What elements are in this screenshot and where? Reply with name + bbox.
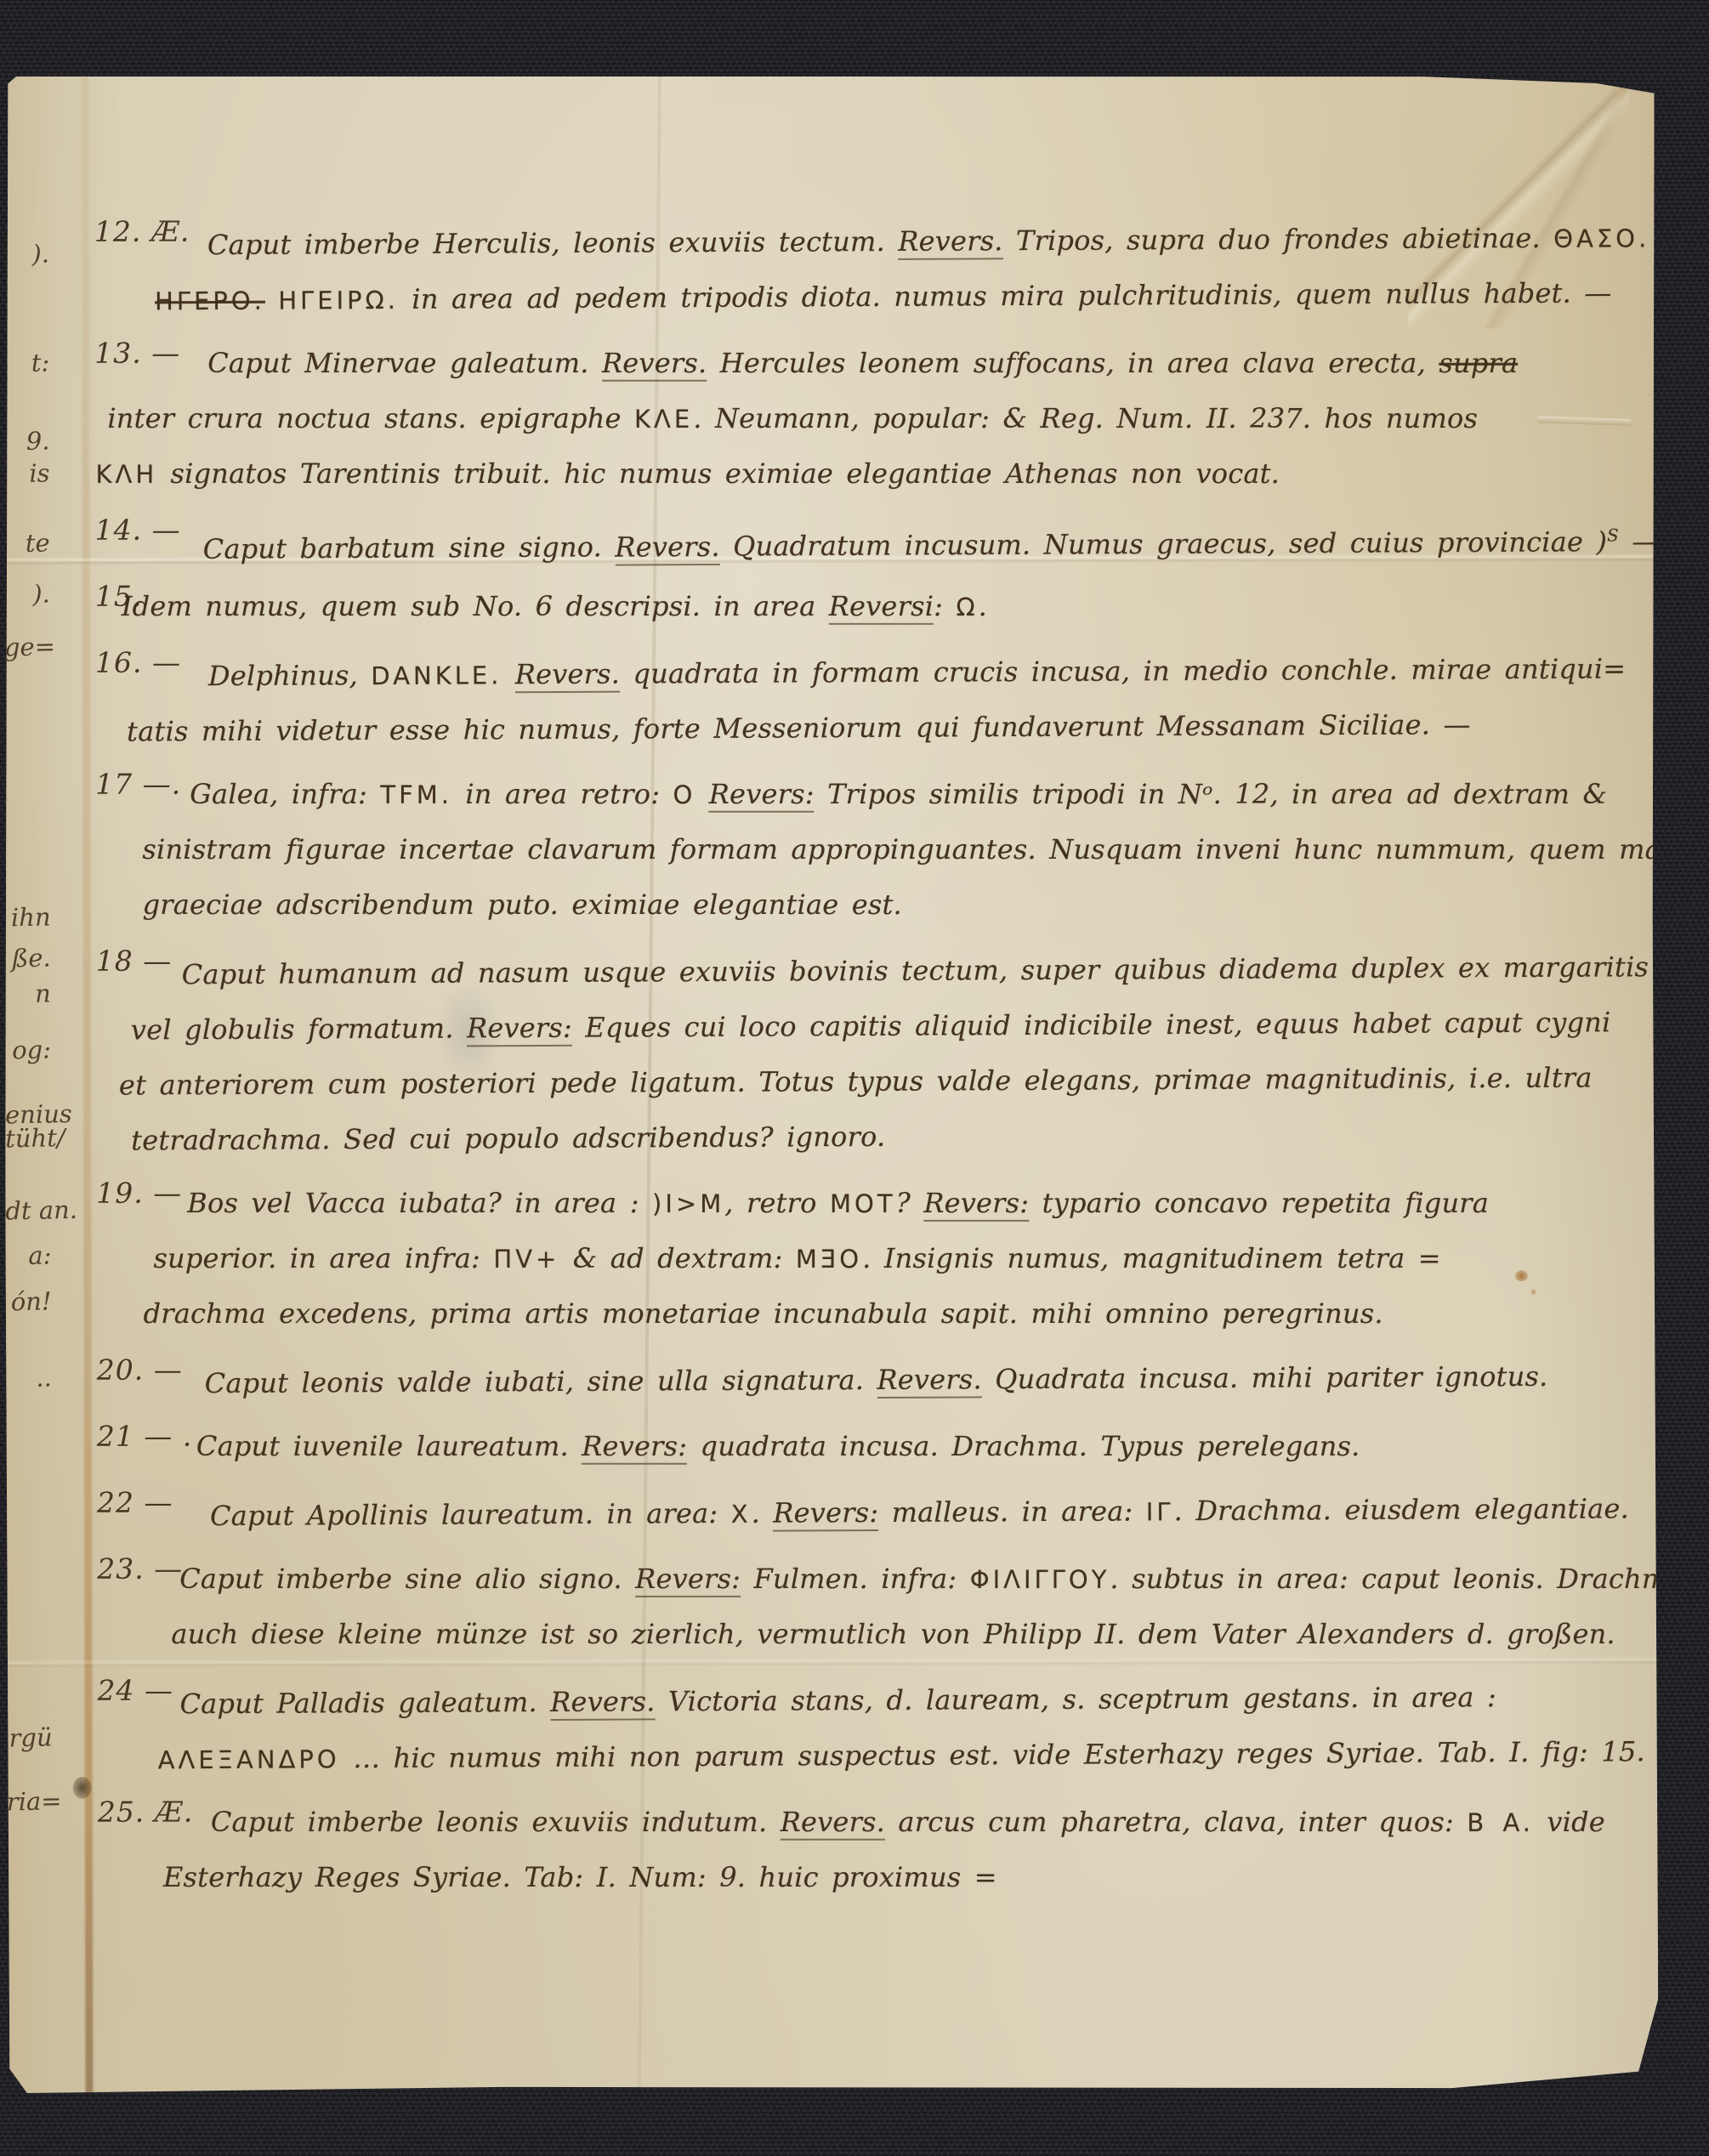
manuscript-line: Caput barbatum sine signo. Revers. Quadr… bbox=[203, 511, 1625, 574]
handwritten-text: . Insignis numus, magnitudinem tetra = bbox=[862, 1242, 1441, 1274]
manuscript-line: Bos vel Vacca iubata? in area : )I>M, re… bbox=[187, 1178, 1626, 1234]
handwritten-text: Quadrata incusa. mihi pariter ignotus. bbox=[982, 1360, 1548, 1395]
inscription-text: ΦΙΛΙΓΓΟΥ bbox=[970, 1565, 1110, 1594]
catalog-entry-13: 13. —Caput Minervae galeatum. Revers. He… bbox=[207, 337, 1624, 505]
inscription-text: X bbox=[731, 1500, 752, 1529]
inscription-text: MƎO bbox=[796, 1245, 862, 1274]
handwritten-text: … hic numus mihi non parum suspectus est… bbox=[340, 1735, 1645, 1774]
manuscript-line: Caput humanum ad nasum usque exuviis bov… bbox=[182, 942, 1626, 1005]
margin-fragment: n bbox=[4, 979, 51, 1008]
inscription-text: Ω bbox=[956, 593, 978, 621]
handwritten-text: Caput imberbe leonis exuviis indutum. bbox=[211, 1806, 781, 1838]
inscription-text: MOT bbox=[830, 1189, 896, 1218]
handwritten-text: . bbox=[751, 1497, 773, 1529]
handwritten-text: Caput imberbe sine alio signo. bbox=[179, 1563, 635, 1595]
handwritten-text: Revers. bbox=[615, 530, 720, 566]
catalog-entry-12: 12. Æ.Caput imberbe Herculis, leonis exu… bbox=[207, 215, 1624, 328]
handwritten-text: — bbox=[1619, 525, 1660, 558]
margin-fragment: dt an. bbox=[5, 1195, 52, 1225]
handwritten-text: Caput imberbe Herculis, leonis exuviis t… bbox=[207, 225, 899, 261]
handwritten-text: Tripos similis tripodi in Nᵒ. 12, in are… bbox=[815, 778, 1607, 810]
manuscript-line: Caput imberbe sine alio signo. Revers: F… bbox=[179, 1554, 1627, 1609]
entry-number: 16. — bbox=[95, 646, 204, 679]
handwritten-text: & ad dextram: bbox=[559, 1242, 796, 1274]
entry-number: 13. — bbox=[94, 337, 203, 370]
inscription-text: IΓ bbox=[1146, 1497, 1174, 1526]
margin-fragment: ihn bbox=[4, 902, 51, 932]
handwritten-text: Revers. bbox=[602, 347, 707, 382]
handwritten-text: S bbox=[1607, 525, 1619, 545]
manuscript-line: Caput Minervae galeatum. Revers. Hercule… bbox=[207, 338, 1624, 394]
manuscript-line: sinistram figurae incertae clavarum form… bbox=[142, 825, 1625, 880]
manuscript-line: et anteriorem cum posteriori pede ligatu… bbox=[119, 1052, 1626, 1115]
inscription-text: B A. bbox=[1467, 1808, 1534, 1837]
handwritten-text: Revers: bbox=[773, 1496, 878, 1532]
inscription-text: TFM. bbox=[380, 780, 452, 809]
scanned-manuscript-photo: ).t:9.iste).ge=ihnße.nog:eniustüht/dt an… bbox=[0, 0, 1709, 2156]
handwritten-text: Revers. bbox=[550, 1685, 656, 1721]
handwritten-text: vel globulis formatum. bbox=[131, 1012, 467, 1046]
inscription-text: ΠV+ bbox=[493, 1245, 559, 1274]
handwritten-text: quadrata incusa. Drachma. Typus perelega… bbox=[687, 1430, 1360, 1462]
handwritten-text: . Drachma. eiusdem elegantiae. bbox=[1173, 1492, 1629, 1527]
handwritten-text: Revers: bbox=[467, 1012, 572, 1047]
manuscript-line: ΑΛΕΞΑΝΔΡΟ … hic numus mihi non parum sus… bbox=[158, 1727, 1627, 1790]
handwritten-text: , retro bbox=[724, 1187, 830, 1219]
manuscript-line: tatis mihi videtur esse hic numus, forte… bbox=[127, 699, 1625, 762]
handwritten-text: . subtus in area: caput leonis. Drachma. bbox=[1110, 1563, 1693, 1595]
handwritten-text: Revers: bbox=[709, 778, 815, 813]
margin-fragment: rgü bbox=[6, 1722, 53, 1752]
handwritten-text: auch diese kleine münze ist so zierlich,… bbox=[171, 1618, 1615, 1650]
handwritten-text: Eques cui loco capitis aliquid indicibil… bbox=[572, 1006, 1611, 1043]
entry-number: 25. Æ. bbox=[98, 1796, 207, 1829]
handwritten-text: Caput leonis valde iubati, sine ulla sig… bbox=[205, 1364, 877, 1399]
manuscript-line: graeciae adscribendum puto. eximiae eleg… bbox=[143, 880, 1626, 935]
handwritten-text: Reversi bbox=[829, 590, 934, 625]
handwritten-text: graeciae adscribendum puto. eximiae eleg… bbox=[143, 888, 902, 921]
margin-fragment: ria= bbox=[6, 1786, 53, 1816]
handwritten-text: Idem numus, quem sub No. 6 descripsi. in… bbox=[122, 590, 829, 622]
catalog-entry-21: 21 — .Caput iuvenile laureatum. Revers: … bbox=[210, 1420, 1627, 1478]
handwritten-text: Tripos, supra duo frondes abietinae. bbox=[1003, 222, 1554, 257]
manuscript-line: ΗΓΕΡΟ. ΗΓΕΙΡΩ. in area ad pedem tripodis… bbox=[155, 268, 1624, 331]
inscription-text: ΘΑΣΟ. bbox=[1553, 224, 1649, 253]
handwritten-text: Bos vel Vacca iubata? in area : bbox=[187, 1187, 652, 1219]
catalog-entry-16: 16. —Delphinus, DANKLE. Revers. quadrata… bbox=[208, 646, 1625, 759]
handwritten-text: in area ad pedem tripodis diota. numus m… bbox=[399, 276, 1612, 315]
margin-fragment: ). bbox=[3, 239, 50, 269]
manuscript-line: Esterhazy Reges Syriae. Tab: I. Num: 9. … bbox=[163, 1852, 1627, 1908]
inscription-text: DANKLE. bbox=[371, 661, 502, 690]
handwritten-text: inter crura noctua stans. epigraphe bbox=[107, 402, 634, 434]
handwritten-text: tatis mihi videtur esse hic numus, forte… bbox=[127, 708, 1471, 747]
margin-fragment: is bbox=[3, 458, 50, 488]
margin-fragment: ón! bbox=[5, 1286, 52, 1316]
catalog-entry-17: 17 —.Galea, infra: TFM. in area retro: O… bbox=[208, 768, 1625, 936]
handwritten-text: Revers: bbox=[635, 1563, 741, 1597]
handwritten-text: signatos Tarentinis tribuit. hic numus e… bbox=[157, 457, 1280, 490]
handwritten-text: . bbox=[979, 590, 987, 622]
handwritten-text: Revers. bbox=[877, 1363, 982, 1399]
inscription-text: ΚΛΕ bbox=[634, 405, 693, 434]
manuscript-line: Caput imberbe Herculis, leonis exuviis t… bbox=[207, 213, 1624, 275]
manuscript-line: drachma excedens, prima artis monetariae… bbox=[144, 1289, 1627, 1344]
handwritten-text: tetradrachma. Sed cui populo adscribendu… bbox=[131, 1121, 885, 1157]
manuscript-line: superior. in area infra: ΠV+ & ad dextra… bbox=[153, 1234, 1626, 1289]
handwritten-text: Galea, infra: bbox=[190, 778, 380, 810]
handwritten-text: malleus. in area: bbox=[878, 1495, 1146, 1529]
margin-fragment: te bbox=[3, 528, 50, 558]
manuscript-line: Caput iuvenile laureatum. Revers: quadra… bbox=[196, 1421, 1627, 1477]
manuscript-line: Caput imberbe leonis exuviis indutum. Re… bbox=[211, 1797, 1627, 1852]
handwritten-text: : bbox=[934, 590, 956, 622]
handwritten-text: Revers. bbox=[781, 1806, 885, 1841]
entry-number: 17 —. bbox=[95, 768, 204, 801]
handwritten-text: Delphinus, bbox=[208, 659, 372, 692]
catalog-entry-20: 20. —Caput leonis valde iubati, sine ull… bbox=[210, 1353, 1627, 1411]
manuscript-line: Caput Apollinis laureatum. in area: X. R… bbox=[210, 1484, 1627, 1546]
catalog-entry-14: 14. —Caput barbatum sine signo. Revers. … bbox=[208, 513, 1625, 571]
manuscript-line: tetradrachma. Sed cui populo adscribendu… bbox=[131, 1108, 1626, 1171]
handwritten-text: . Neumann, popular: & Reg. Num. II. 237.… bbox=[693, 402, 1478, 434]
handwritten-text: drachma excedens, prima artis monetariae… bbox=[144, 1297, 1383, 1330]
handwritten-text: Caput barbatum sine signo. bbox=[203, 530, 616, 565]
handwritten-text: Revers: bbox=[923, 1187, 1029, 1222]
catalog-entry-19: 19. —Bos vel Vacca iubata? in area : )I>… bbox=[209, 1177, 1626, 1345]
manuscript-line: Delphinus, DANKLE. Revers. quadrata in f… bbox=[208, 644, 1625, 706]
manuscript-line: Caput leonis valde iubati, sine ulla sig… bbox=[205, 1351, 1627, 1414]
handwritten-text: ? bbox=[896, 1187, 924, 1219]
entry-number: 22 — bbox=[97, 1486, 206, 1519]
handwritten-text: Fulmen. infra: bbox=[741, 1563, 970, 1595]
handwritten-text: Caput Palladis galeatum. bbox=[179, 1686, 550, 1720]
handwritten-text: Revers. bbox=[515, 658, 621, 694]
catalog-entry-18: 18 —Caput humanum ad nasum usque exuviis… bbox=[209, 945, 1627, 1168]
margin-fragment: .. bbox=[5, 1363, 52, 1393]
margin-fragment: 9. bbox=[3, 426, 50, 456]
manuscript-page: ).t:9.iste).ge=ihnße.nog:eniustüht/dt an… bbox=[3, 73, 1659, 2093]
handwritten-text: Revers. bbox=[898, 224, 1003, 260]
handwritten-text: typario concavo repetita figura bbox=[1029, 1187, 1489, 1219]
handwritten-text: Quadratum incusum. Numus graecus, sed cu… bbox=[720, 525, 1608, 562]
manuscript-line: Galea, infra: TFM. in area retro: O Reve… bbox=[190, 769, 1625, 825]
manuscript-line: vel globulis formatum. Revers: Eques cui… bbox=[131, 997, 1626, 1060]
handwritten-text: superior. in area infra: bbox=[153, 1242, 493, 1274]
catalog-entry-25: 25. Æ.Caput imberbe leonis exuviis indut… bbox=[211, 1796, 1627, 1909]
catalog-entry-15: 15.Idem numus, quem sub No. 6 descripsi.… bbox=[208, 580, 1625, 638]
manuscript-line: inter crura noctua stans. epigraphe ΚΛΕ.… bbox=[107, 394, 1624, 449]
handwritten-text bbox=[502, 658, 515, 690]
entry-number: 20. — bbox=[97, 1353, 206, 1387]
margin-fragment: og: bbox=[5, 1035, 52, 1064]
margin-fragment: ). bbox=[3, 579, 50, 609]
catalog-entry-24: 24 —Caput Palladis galeatum. Revers. Vic… bbox=[210, 1674, 1627, 1787]
entry-number: 14. — bbox=[95, 513, 204, 547]
handwritten-text: sinistram figurae incertae clavarum form… bbox=[142, 833, 1709, 865]
margin-fragment: ge= bbox=[4, 632, 51, 661]
ink-blot bbox=[73, 1777, 92, 1799]
handwritten-text: supra bbox=[1439, 347, 1518, 379]
margin-fragment: ße. bbox=[4, 943, 51, 973]
catalog-entry-23: 23. —Caput imberbe sine alio signo. Reve… bbox=[210, 1552, 1627, 1665]
handwritten-text: Victoria stans, d. lauream, s. sceptrum … bbox=[655, 1681, 1496, 1717]
handwritten-text: Caput Minervae galeatum. bbox=[207, 347, 602, 379]
inscription-text: O bbox=[673, 780, 696, 809]
handwritten-text: Revers: bbox=[582, 1430, 687, 1465]
handwritten-text: quadrata in formam crucis incusa, in med… bbox=[620, 652, 1626, 689]
margin-fragment: tüht/ bbox=[5, 1123, 52, 1153]
manuscript-line: auch diese kleine münze ist so zierlich,… bbox=[171, 1609, 1627, 1665]
inscription-text: ΑΛΕΞΑΝΔΡΟ bbox=[158, 1745, 340, 1774]
catalog-entries: 12. Æ.Caput imberbe Herculis, leonis exu… bbox=[207, 215, 1627, 1920]
handwritten-text bbox=[265, 284, 279, 316]
manuscript-line: ΚΛΗ signatos Tarentinis tribuit. hic num… bbox=[96, 449, 1625, 504]
margin-fragment: t: bbox=[3, 348, 50, 377]
entry-number: 21 — . bbox=[97, 1420, 206, 1453]
inscription-text: ΚΛΗ bbox=[96, 460, 158, 489]
entry-number: 12. Æ. bbox=[94, 215, 203, 248]
handwritten-text: Caput iuvenile laureatum. bbox=[196, 1430, 582, 1462]
handwritten-text: arcus cum pharetra, clava, inter quos: bbox=[885, 1806, 1467, 1838]
handwritten-text: in area retro: bbox=[452, 778, 673, 810]
catalog-entry-22: 22 —Caput Apollinis laureatum. in area: … bbox=[210, 1486, 1627, 1544]
handwritten-text: et anteriorem cum posteriori pede ligatu… bbox=[119, 1061, 1593, 1101]
handwritten-text: Caput Apollinis laureatum. in area: bbox=[210, 1497, 731, 1532]
handwritten-text: vide bbox=[1534, 1806, 1605, 1838]
manuscript-line: Idem numus, quem sub No. 6 descripsi. in… bbox=[122, 582, 1625, 637]
inscription-text: ΗΓΕΡΟ. bbox=[155, 287, 265, 316]
manuscript-line: Caput Palladis galeatum. Revers. Victori… bbox=[179, 1671, 1627, 1734]
handwritten-text: Hercules leonem suffocans, in area clava… bbox=[707, 347, 1439, 379]
margin-fragment: a: bbox=[5, 1240, 52, 1270]
handwritten-text bbox=[696, 778, 708, 810]
inscription-text: ΗΓΕΙΡΩ. bbox=[278, 286, 399, 315]
handwritten-text: Esterhazy Reges Syriae. Tab: I. Num: 9. … bbox=[163, 1861, 997, 1893]
handwritten-text: Caput humanum ad nasum usque exuviis bov… bbox=[182, 950, 1649, 990]
inscription-text: )I>M bbox=[652, 1189, 724, 1218]
